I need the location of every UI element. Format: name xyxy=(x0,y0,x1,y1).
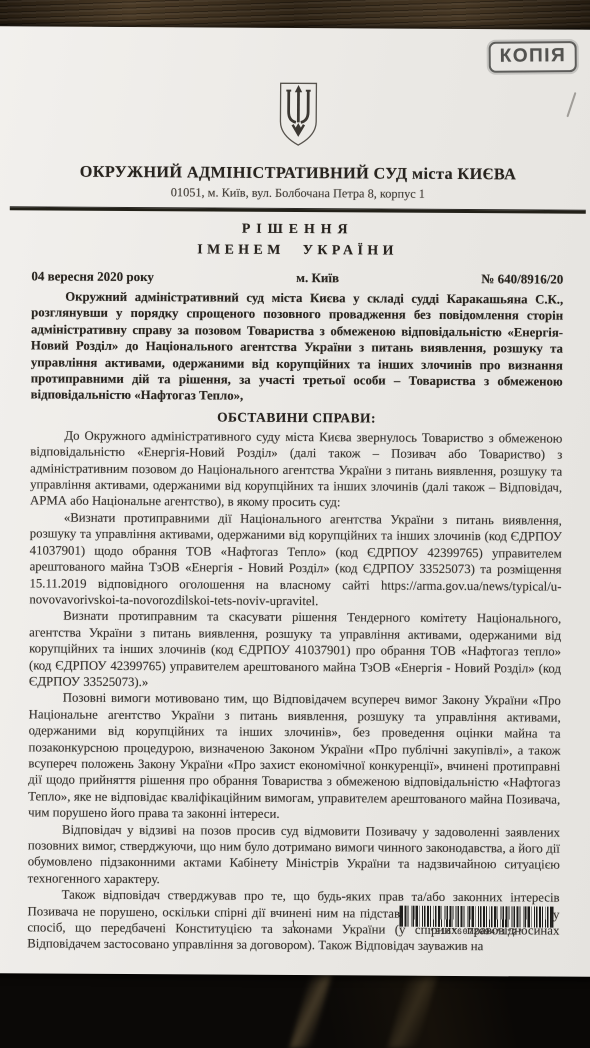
light-reflection-streak xyxy=(289,972,333,1048)
ukraine-trident-emblem-icon xyxy=(272,80,324,150)
document-body: Окружний адміністративний суд міста Києв… xyxy=(27,288,563,955)
barcode-caption: *316*6072094*1*2* xyxy=(399,928,553,938)
copy-stamp: КОПІЯ xyxy=(488,41,577,73)
body-paragraph: До Окружного адміністративного суду міст… xyxy=(30,427,562,512)
in-the-name-of-ukraine-title: ІМЕНЕМ УКРАЇНИ xyxy=(31,240,563,259)
body-paragraph: Відповідач у відзиві на позов просив суд… xyxy=(28,821,560,890)
barcode-container: *316*6072094*1*2* xyxy=(399,906,553,938)
case-number: № 640/8916/20 xyxy=(481,271,563,288)
court-name: ОКРУЖНИЙ АДМІНІСТРАТИВНИЙ СУД міста КИЄВ… xyxy=(32,162,564,184)
photo-background: КОПІЯ ОКРУЖНИЙ АДМІНІСТРАТИВНИЙ СУД міст… xyxy=(0,0,590,1048)
page-footer: 1 *316*6072094*1*2* xyxy=(27,903,559,954)
intro-paragraph: Окружний адміністративний суд міста Києв… xyxy=(31,288,564,406)
emblem-container xyxy=(32,78,564,156)
barcode xyxy=(399,906,553,928)
case-info-row: 04 вересня 2020 року м. Київ № 640/8916/… xyxy=(31,268,563,287)
decision-title: РІШЕННЯ xyxy=(32,219,564,238)
court-address: 01051, м. Київ, вул. Болбочана Петра 8, … xyxy=(32,184,564,202)
light-reflection-streak xyxy=(387,972,439,1048)
pen-mark xyxy=(566,92,576,117)
body-paragraph: «Визнати протиправними дії Національного… xyxy=(29,509,562,611)
body-paragraph: Визнати протиправним та скасувати рішенн… xyxy=(29,608,561,693)
case-date: 04 вересня 2020 року xyxy=(31,268,154,285)
page-number: 1 xyxy=(291,919,296,930)
case-city: м. Київ xyxy=(296,270,339,286)
section-heading: ОБСТАВИНИ СПРАВИ: xyxy=(30,408,562,427)
header-divider xyxy=(10,206,586,214)
document-paper: КОПІЯ ОКРУЖНИЙ АДМІНІСТРАТИВНИЙ СУД міст… xyxy=(0,26,590,977)
body-paragraph: Позовні вимоги мотивовано тим, що Відпов… xyxy=(28,690,561,824)
desk-surface-bottom xyxy=(0,970,590,1048)
